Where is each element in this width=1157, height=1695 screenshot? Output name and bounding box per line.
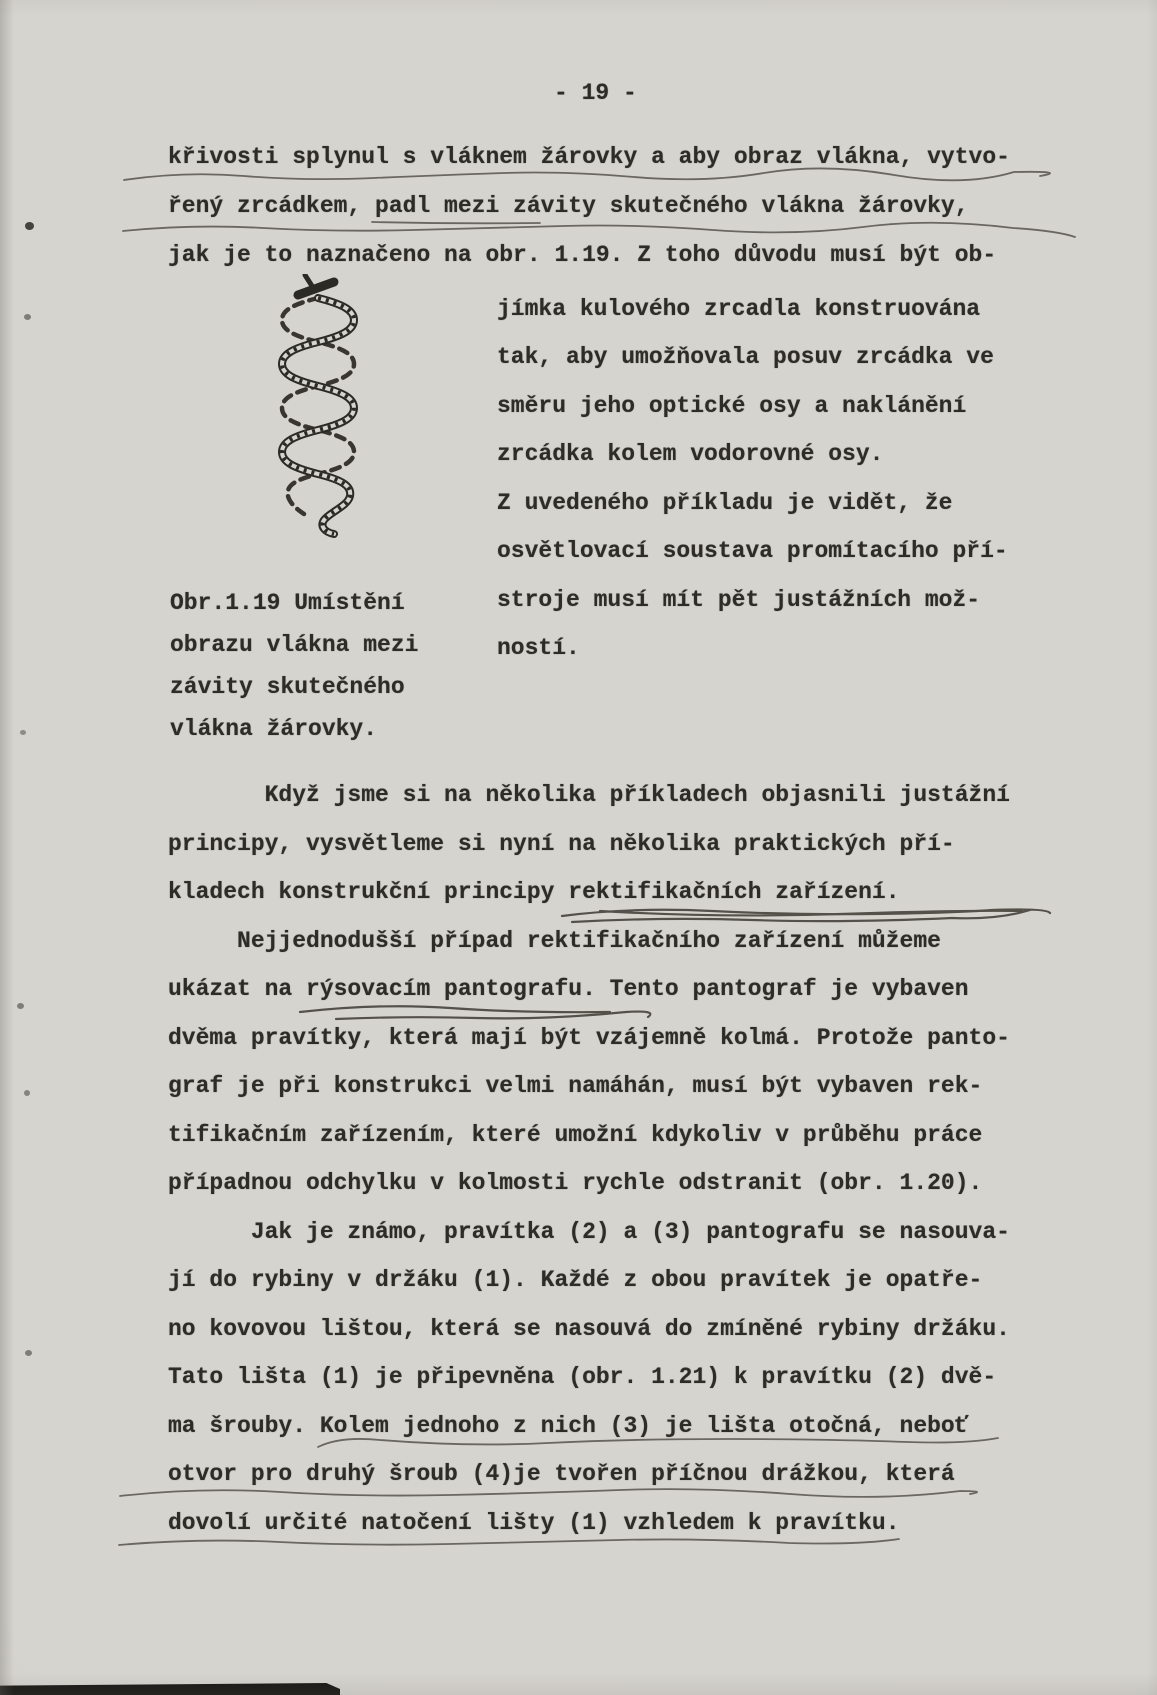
scan-artifact-speck: [24, 314, 31, 320]
typed-line: dovolí určité natočení lišty (1) vzhlede…: [168, 1510, 900, 1536]
pencil-underline: [318, 1438, 998, 1447]
typed-line: zrcádka kolem vodorovné osy.: [497, 441, 883, 467]
scan-artifact-speck: [20, 730, 26, 735]
typed-line: kladech konstrukční principy rektifikačn…: [168, 879, 900, 905]
pencil-scribble-underline: [300, 1006, 610, 1012]
typed-line: jí do rybiny v držáku (1). Každé z obou …: [168, 1267, 982, 1293]
scan-artifact-speck: [25, 222, 34, 230]
figure-caption-line: vlákna žárovky.: [170, 716, 377, 742]
typed-line: Když jsme si na několika příkladech obja…: [168, 782, 1010, 808]
typed-line: směru jeho optické osy a naklánění: [497, 393, 966, 419]
typed-line: případnou odchylku v kolmosti rychle ods…: [168, 1170, 982, 1196]
typed-line: tak, aby umožňovala posuv zrcádka ve: [497, 344, 994, 370]
typed-line: otvor pro druhý šroub (4)je tvořen příčn…: [168, 1461, 955, 1487]
pencil-scribble-underline: [572, 910, 1030, 922]
pencil-scribble-underline: [562, 909, 1050, 916]
typed-line: ukázat na rýsovacím pantografu. Tento pa…: [168, 976, 969, 1002]
typed-line: dvěma pravítky, která mají být vzájemně …: [168, 1025, 1010, 1051]
figure-caption-line: obrazu vlákna mezi: [170, 632, 418, 658]
pencil-underline: [123, 223, 1075, 237]
pencil-scribble-underline: [336, 1012, 650, 1019]
figure-caption-line: závity skutečného: [170, 674, 405, 700]
scan-artifact-speck: [25, 1350, 32, 1356]
typed-line: jímka kulového zrcadla konstruována: [497, 296, 980, 322]
pencil-underline: [372, 222, 540, 223]
typed-line: jak je to naznačeno na obr. 1.19. Z toho…: [168, 242, 996, 268]
typed-line: stroje musí mít pět justážních mož-: [497, 587, 980, 613]
figure-caption-line: Obr.1.19 Umístění: [170, 590, 405, 616]
typed-line: Jak je známo, pravítka (2) a (3) pantogr…: [168, 1219, 1010, 1245]
typed-line: principy, vysvětleme si nyní na několika…: [168, 831, 955, 857]
filament-top-lead: [298, 282, 334, 295]
scan-artifact-speck: [24, 1090, 30, 1096]
pencil-scribble-underline: [600, 911, 1022, 916]
typed-line: Nejjednodušší případ rektifikačního zaří…: [168, 928, 941, 954]
typed-line: řený zrcádkem, padl mezi závity skutečné…: [168, 193, 969, 219]
typed-line: graf je při konstrukci velmi namáhán, mu…: [168, 1073, 982, 1099]
typed-line: Z uvedeného příkladu je vidět, že: [497, 490, 952, 516]
pencil-underline: [124, 168, 1050, 180]
filament-top-hook: [305, 275, 312, 286]
typed-line: Tato lišta (1) je připevněna (obr. 1.21)…: [168, 1364, 996, 1390]
typed-line: ma šrouby. Kolem jednoho z nich (3) je l…: [168, 1413, 969, 1439]
pencil-underline: [119, 1539, 899, 1545]
typed-line: osvětlovací soustava promítacího pří-: [497, 538, 1008, 564]
scan-edge-band: [0, 1683, 340, 1695]
typed-line: no kovovou lištou, která se nasouvá do z…: [168, 1316, 1010, 1342]
scanned-typewritten-page: - 19 - křivosti splynul s vláknem žárovk…: [0, 0, 1157, 1695]
page-number: - 19 -: [554, 80, 637, 106]
typed-line: tifikačním zařízením, které umožní kdyko…: [168, 1122, 982, 1148]
pencil-underline: [120, 1489, 977, 1497]
scan-artifact-speck: [17, 1003, 24, 1009]
typed-line: ností.: [497, 635, 580, 661]
figure-filament-spiral: [248, 274, 388, 552]
typed-line: křivosti splynul s vláknem žárovky a aby…: [168, 144, 1010, 170]
